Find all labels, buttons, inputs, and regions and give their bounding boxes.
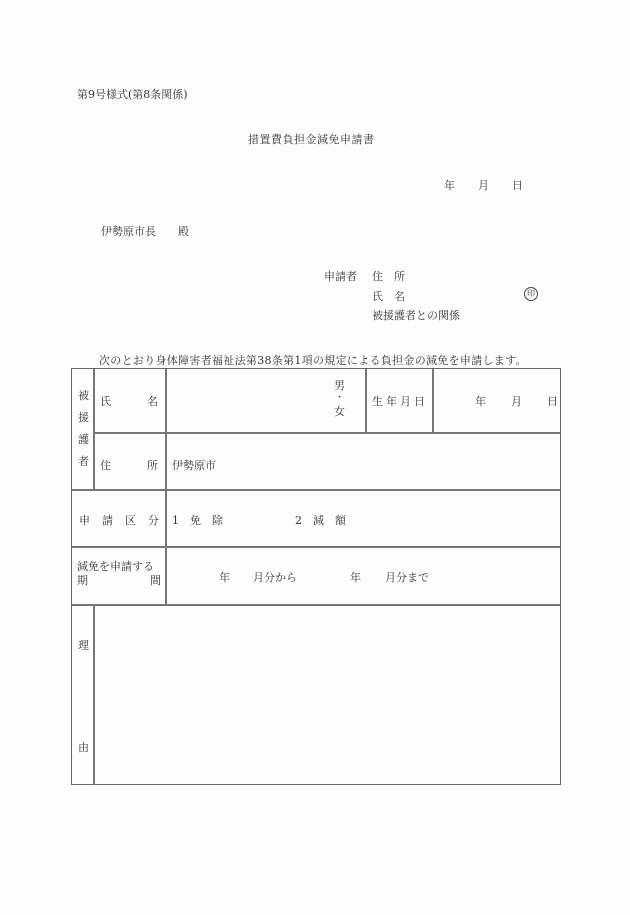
date-day-label: 日: [512, 177, 523, 193]
period-field[interactable]: 年 月分から 年 月分まで: [168, 548, 558, 603]
divider: [93, 604, 95, 785]
label-char: 名: [147, 393, 158, 409]
divider: [165, 369, 167, 604]
reason-label-char-2: 由: [78, 739, 89, 755]
label-char: 住: [100, 457, 111, 473]
label-char: 分: [148, 512, 159, 528]
applicant-relationship-label: 被援護者との関係: [372, 307, 460, 323]
recipient-char: 者: [78, 451, 89, 473]
date-year-label: 年: [444, 177, 478, 193]
period-label-line1: 減免を申請する: [77, 560, 161, 574]
recipient-char: 護: [78, 429, 89, 451]
category-label: 申 請 区 分: [79, 512, 159, 528]
from-year-label: 年: [219, 569, 230, 585]
addressee: 伊勢原市長殿: [101, 223, 189, 239]
label-char: 区: [125, 512, 136, 528]
gender-selector[interactable]: 男 ・ 女: [334, 379, 345, 418]
birth-year-label: 年: [475, 393, 486, 409]
divider: [72, 489, 560, 491]
date-month-label: 月: [478, 177, 512, 193]
label-char: 請: [102, 512, 113, 528]
recipient-char: 援: [78, 407, 89, 429]
gender-separator: ・: [334, 392, 345, 405]
applicant-address-label: 住 所: [372, 268, 405, 284]
recipient-address-field[interactable]: 伊勢原市: [168, 434, 558, 488]
gender-female[interactable]: 女: [334, 405, 345, 418]
address-prefill: 伊勢原市: [172, 457, 216, 473]
address-label: 住 所: [100, 457, 158, 473]
recipient-char: 被: [78, 385, 89, 407]
period-label: 減免を申請する 期 間: [77, 560, 161, 588]
label-char: 所: [147, 457, 158, 473]
document-title: 措置費負担金減免申請書: [248, 131, 375, 147]
label-char: 間: [150, 574, 161, 588]
application-date: 年月日: [444, 177, 523, 193]
reason-field[interactable]: [96, 606, 560, 784]
divider: [93, 369, 95, 489]
name-label: 氏 名: [100, 393, 158, 409]
recipient-header: 被 援 護 者: [78, 385, 89, 473]
to-year-label: 年: [350, 569, 361, 585]
form-number: 第9号様式(第8条関係): [77, 86, 188, 102]
birth-day-label: 日: [547, 393, 558, 409]
divider: [365, 369, 367, 432]
label-char: 氏: [100, 393, 111, 409]
option-reduction[interactable]: 2 減 額: [295, 512, 346, 528]
divider: [432, 369, 434, 432]
label-char: 期: [77, 574, 88, 588]
reason-label-char-1: 理: [78, 637, 89, 653]
addressee-name: 伊勢原市長: [101, 225, 156, 238]
addressee-honorific: 殿: [178, 225, 189, 238]
birth-month-label: 月: [511, 393, 522, 409]
birthdate-field[interactable]: 年 月 日: [435, 369, 559, 432]
birthdate-label: 生年月日: [372, 393, 428, 409]
applicant-name-label: 氏 名: [372, 288, 405, 304]
applicant-label: 申請者: [324, 268, 357, 284]
option-exemption[interactable]: 1 免 除: [172, 512, 223, 528]
to-month-label: 月分まで: [385, 569, 429, 585]
seal-mark-icon: 印: [524, 287, 538, 301]
gender-male[interactable]: 男: [334, 379, 345, 392]
application-table: 被 援 護 者 氏 名 男 ・ 女 生年月日 年 月 日 住 所 伊勢原市 申 …: [71, 368, 561, 785]
label-char: 申: [79, 512, 90, 528]
intro-text: 次のとおり身体障害者福祉法第38条第1項の規定による負担金の減免を申請します。: [99, 352, 527, 368]
from-month-label: 月分から: [253, 569, 297, 585]
